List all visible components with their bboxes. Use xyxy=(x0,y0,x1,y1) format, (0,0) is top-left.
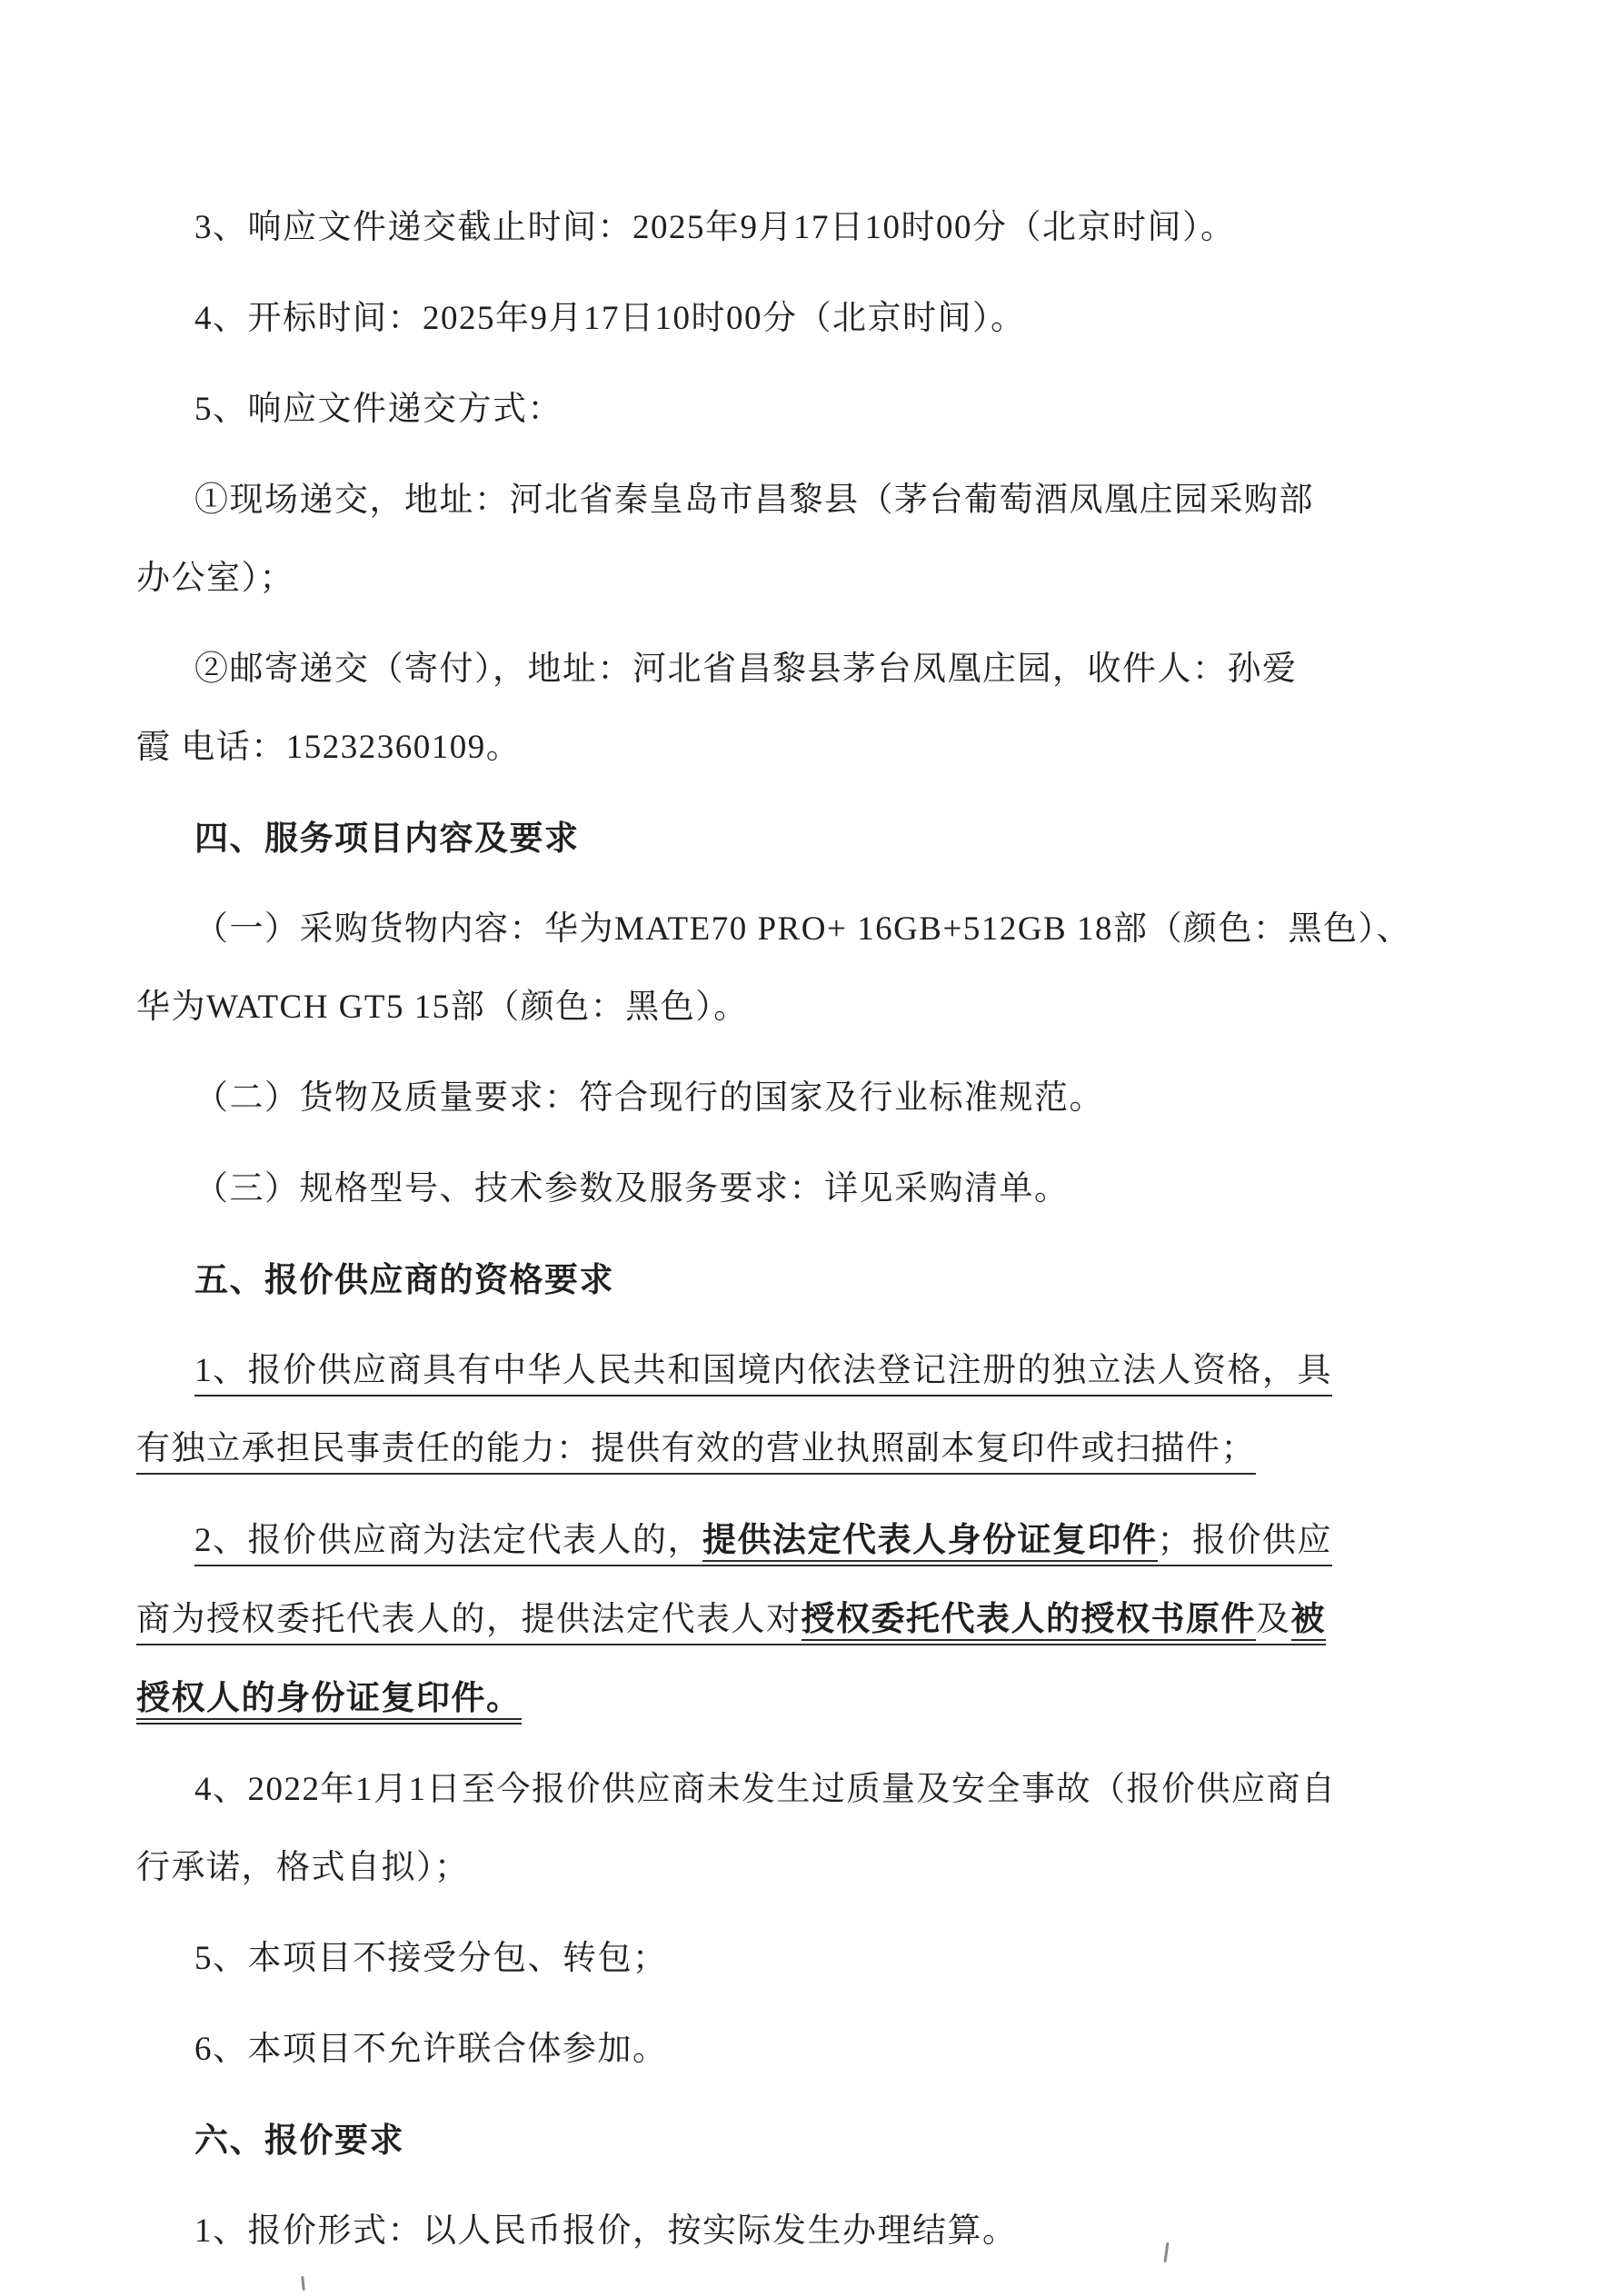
para-mail-delivery-line2: 霞 电话：15232360109。 xyxy=(136,727,1495,769)
para-text: 华为WATCH GT5 15部（颜色：黑色）。 xyxy=(136,989,749,1026)
para-text: 1、报价形式：以人民币报价，按实际发生办理结算。 xyxy=(194,2212,1018,2250)
para-text: 2、报价供应商为法定代表人的， xyxy=(194,1522,702,1559)
para-response-deadline: 3、响应文件递交截止时间：2025年9月17日10时00分（北京时间）。 xyxy=(136,207,1495,249)
para-mail-delivery-line1: ②邮寄递交（寄付），地址：河北省昌黎县茅台凤凰庄园，收件人：孙爱 xyxy=(136,649,1495,691)
bold-emphasis-text: 授权人的身份证复印件。 xyxy=(136,1679,522,1720)
para-text: 5、响应文件递交方式： xyxy=(194,391,563,428)
underlined-text: 1、报价供应商具有中华人民共和国境内依法登记注册的独立法人资格，具 xyxy=(194,1352,1332,1396)
para-text: （一）采购货物内容：华为MATE70 PRO+ 16GB+512GB 18部（颜… xyxy=(194,910,1411,948)
para-text: （二）货物及质量要求：符合现行的国家及行业标准规范。 xyxy=(194,1079,1104,1117)
heading-text: 六、报价要求 xyxy=(194,2122,404,2159)
document-page: 3、响应文件递交截止时间：2025年9月17日10时00分（北京时间）。 4、开… xyxy=(136,0,1495,2252)
para-submission-method: 5、响应文件递交方式： xyxy=(136,389,1495,431)
para-onsite-delivery-line1: ①现场递交，地址：河北省秦皇岛市昌黎县（茅台葡萄酒凤凰庄园采购部 xyxy=(136,480,1495,522)
para-text: 5、本项目不接受分包、转包； xyxy=(194,1940,668,1977)
scan-artifact xyxy=(301,2276,305,2291)
para-qualification-4-line2: 行承诺，格式自拟）； xyxy=(136,1847,1495,1889)
para-bid-opening-time: 4、开标时间：2025年9月17日10时00分（北京时间）。 xyxy=(136,298,1495,340)
para-quality-requirements: （二）货物及质量要求：符合现行的国家及行业标准规范。 xyxy=(136,1078,1495,1119)
para-text: 4、开标时间：2025年9月17日10时00分（北京时间）。 xyxy=(194,300,1026,337)
heading-text: 四、服务项目内容及要求 xyxy=(194,820,580,857)
para-text: 3、响应文件递交截止时间：2025年9月17日10时00分（北京时间）。 xyxy=(194,209,1236,246)
para-text: 办公室）； xyxy=(136,560,294,597)
bold-emphasis-text: 授权委托代表人的授权书原件 xyxy=(802,1600,1257,1641)
para-qualification-2-line2: 商为授权委托代表人的，提供法定代表人对授权委托代表人的授权书原件及被 xyxy=(136,1598,1495,1641)
section-heading-supplier-qualification: 五、报价供应商的资格要求 xyxy=(136,1259,1495,1301)
para-goods-content-line2: 华为WATCH GT5 15部（颜色：黑色）。 xyxy=(136,987,1495,1029)
bold-emphasis-text: 被 xyxy=(1291,1600,1327,1641)
section-heading-service-content: 四、服务项目内容及要求 xyxy=(136,818,1495,860)
heading-text: 五、报价供应商的资格要求 xyxy=(194,1261,614,1298)
para-text: 霞 电话：15232360109。 xyxy=(136,729,521,766)
para-no-subcontracting: 5、本项目不接受分包、转包； xyxy=(136,1938,1495,1980)
para-qualification-1-line1: 1、报价供应商具有中华人民共和国境内依法登记注册的独立法人资格，具 xyxy=(136,1350,1495,1392)
para-text: ①现场递交，地址：河北省秦皇岛市昌黎县（茅台葡萄酒凤凰庄园采购部 xyxy=(194,482,1314,519)
para-text: 1、报价供应商具有中华人民共和国境内依法登记注册的独立法人资格，具 xyxy=(194,1352,1332,1389)
underlined-text: 2、报价供应商为法定代表人的，提供法定代表人身份证复印件；报价供应 xyxy=(194,1522,1332,1566)
underlined-text: 商为授权委托代表人的，提供法定代表人对授权委托代表人的授权书原件及被 xyxy=(136,1601,1326,1645)
bold-emphasis-text: 提供法定代表人身份证复印件 xyxy=(702,1521,1158,1562)
para-text: 商为授权委托代表人的，提供法定代表人对 xyxy=(136,1601,802,1638)
para-text: 6、本项目不允许联合体参加。 xyxy=(194,2031,668,2068)
para-qualification-4-line1: 4、2022年1月1日至今报价供应商未发生过质量及安全事故（报价供应商自 xyxy=(136,1769,1495,1811)
para-text: 行承诺，格式自拟）； xyxy=(136,1849,470,1886)
para-quotation-form: 1、报价形式：以人民币报价，按实际发生办理结算。 xyxy=(136,2211,1495,2252)
para-qualification-1-line2: 有独立承担民事责任的能力：提供有效的营业执照副本复印件或扫描件； xyxy=(136,1428,1495,1470)
underlined-text: 有独立承担民事责任的能力：提供有效的营业执照副本复印件或扫描件； xyxy=(136,1430,1256,1475)
section-heading-quotation-requirements: 六、报价要求 xyxy=(136,2120,1495,2162)
para-text: ②邮寄递交（寄付），地址：河北省昌黎县茅台凤凰庄园，收件人：孙爱 xyxy=(194,651,1298,688)
para-no-consortium: 6、本项目不允许联合体参加。 xyxy=(136,2029,1495,2071)
para-onsite-delivery-line2: 办公室）； xyxy=(136,558,1495,600)
para-goods-content-line1: （一）采购货物内容：华为MATE70 PRO+ 16GB+512GB 18部（颜… xyxy=(136,909,1495,950)
para-spec-requirements: （三）规格型号、技术参数及服务要求：详见采购清单。 xyxy=(136,1168,1495,1210)
para-text: 及 xyxy=(1256,1601,1291,1638)
underlined-text: 授权人的身份证复印件。 xyxy=(136,1680,522,1724)
para-qualification-2-line1: 2、报价供应商为法定代表人的，提供法定代表人身份证复印件；报价供应 xyxy=(136,1519,1495,1562)
para-text: （三）规格型号、技术参数及服务要求：详见采购清单。 xyxy=(194,1170,1070,1208)
para-text: ；报价供应 xyxy=(1158,1522,1333,1559)
para-qualification-2-line3: 授权人的身份证复印件。 xyxy=(136,1677,1495,1720)
para-text: 4、2022年1月1日至今报价供应商未发生过质量及安全事故（报价供应商自 xyxy=(194,1771,1337,1808)
para-text: 有独立承担民事责任的能力：提供有效的营业执照副本复印件或扫描件； xyxy=(136,1430,1256,1467)
